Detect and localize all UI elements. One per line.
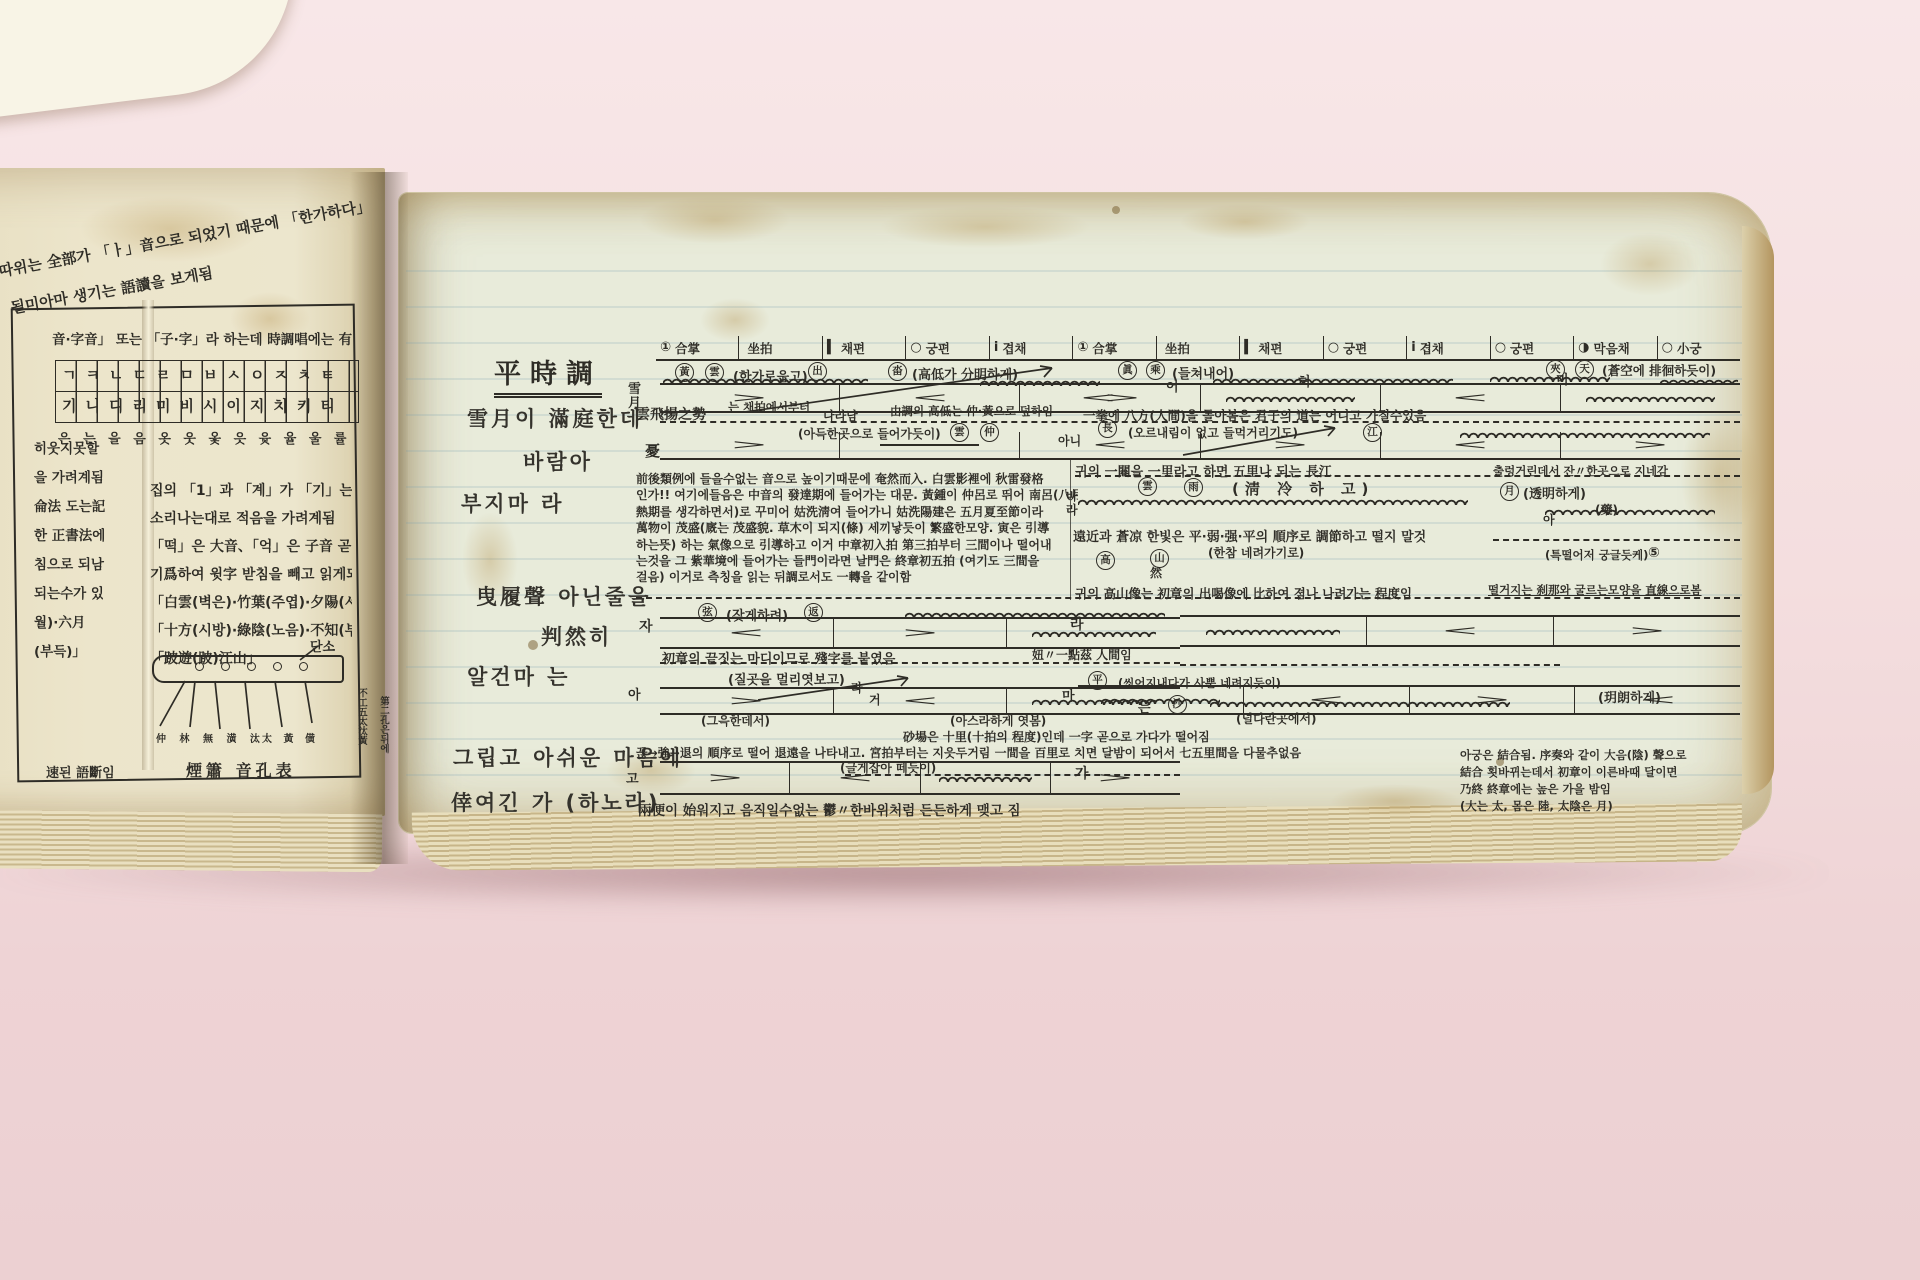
decrescendo-mark: > (730, 437, 768, 453)
chart-annotation: (아스라하게 엿봄) (950, 712, 1046, 729)
chart-annotation: (蒼空에 排徊하듯이) (1602, 361, 1716, 379)
stroke-symbol: ⅰ (1411, 340, 1415, 355)
chart-annotation: 는 채拍에서부터 (728, 399, 810, 415)
ink-speck (528, 640, 538, 650)
staff-cell: > (834, 619, 1008, 647)
lyric-syllable: 憂 (645, 440, 660, 461)
chart-annotation: 귀의 高山像는 初章의 出喝像에 比하여 졈나 나려가는 程度임 (1075, 584, 1412, 602)
chart-annotation: (널다란곳에서) (1236, 710, 1317, 727)
commentary-line: 熱期를 생각하면서)로 꾸미어 姑洗淸여 들어가니 姑洗陽建은 五月夏至節이라 (636, 504, 1078, 520)
dashed-guide-line (1180, 664, 1560, 666)
flute-hole (299, 662, 308, 671)
commentary-line: 인가!! 여기에들음은 中音의 發達期에 들어가는 대문. 黃鍾이 仲呂로 뛰어… (636, 487, 1078, 503)
left-edge-fragment: 되는수가 있 (34, 582, 140, 602)
circled-pitch-glyph: 雨 (1184, 478, 1203, 497)
flute-label: 단소 (310, 636, 335, 655)
chart-annotation: 初章의 끝짓는 마디이므로 殘字를 붙였음 (662, 648, 895, 667)
wavy-melody-line (1210, 699, 1510, 707)
chart-footnote: 아궁은 結合됨. 序奏와 같이 大음(陰) 聲으로 (1460, 747, 1687, 763)
wavy-melody-line (1032, 629, 1156, 637)
commentary-line: 걸음) 이거로 측칭을 읽는 뒤調로서도 一轉을 같이함 (636, 569, 1078, 585)
chart-annotation: 떨거지는 刹那와 굴르는모양을 直線으로봄 (1488, 582, 1702, 598)
left-text-line: 「떡」은 大音、「억」은 子音 곧 받침 (150, 536, 352, 556)
decrescendo-mark: > (705, 770, 743, 786)
chart-annotation: (한가로웁고) (733, 366, 808, 385)
decrescendo-mark: > (1631, 437, 1669, 453)
crescendo-mark: < (1451, 437, 1489, 453)
page-curl-corner (0, 0, 308, 120)
lyric-line: 雪月이 滿庭한데 (467, 403, 643, 433)
commentary-line: 는것을 그 紫華境에 들어가는 들門이라면 날門은 終章初五拍 (여기도 三間을 (636, 553, 1078, 569)
stroke-symbol: ▍ (1244, 340, 1254, 355)
age-spot (1600, 232, 1700, 296)
chart-annotation: 然 (1150, 564, 1162, 581)
age-spot (640, 196, 790, 244)
wavy-melody-line (1226, 394, 1355, 402)
lyric-syllable: 고 (626, 768, 639, 787)
header-cell: ⅰ겹채 (989, 336, 1072, 359)
chart-annotation: (한참 네려가기로) (1208, 544, 1304, 561)
left-edge-fragment: 침으로 되남 (34, 553, 140, 573)
left-bottom-note: 速된 語斷임 (46, 762, 115, 781)
dashed-guide-line (1493, 539, 1740, 541)
stroke-symbol: ① (1077, 340, 1088, 355)
staff-cell: > (660, 763, 790, 793)
header-cell: ◑막음채 (1573, 336, 1656, 359)
wavy-melody-line (1101, 696, 1220, 704)
chart-annotation: 출렁거린데서 잔〃한곳으로 지네감 (1493, 463, 1668, 479)
commentary-paragraph: 前後類例에 들을수없는 音으로 높이기때문에 奄然而入. 白雲影裡에 秋雷發格 … (636, 471, 1078, 586)
circled-number: ⑤ (1648, 545, 1660, 561)
circled-pitch-glyph: 畓 (888, 362, 907, 381)
left-text-line: 소리나는대로 적음을 가려계됨 (150, 508, 352, 528)
lyric-line: 바람아 (523, 446, 593, 476)
staff-cell: > (660, 689, 834, 713)
age-spot (880, 206, 1090, 248)
chart-annotation: (高低가 分明하게) (912, 364, 1018, 383)
hangul-consonant-table-row: ㄱㅋㄴㄷㄹㅁㅂㅅㅇㅈㅊㅌㅍㅎ (55, 360, 359, 392)
left-box-heading: 音·字音」 또는 「子·字」라 하는데 時調唱에는 有別히 웃지못할 (52, 328, 352, 348)
wavy-melody-line (1545, 507, 1715, 515)
chart-annotation: 雲飛揚之勢 (636, 404, 706, 424)
flute-hole (221, 662, 230, 671)
chart-annotation: (透明하게) (1523, 483, 1586, 502)
stroke-symbol: ○ (1662, 340, 1673, 355)
flute-pitch-names-left: 仲 林 無 潢 汰 (156, 730, 265, 745)
commentary-line: 萬物이 茂盛(廐는 茂盛貌. 草木이 되지(條) 세끼낳듯이 繁盛한모양. 寅은… (636, 520, 1078, 536)
chart-annotation: 나라남 (823, 407, 858, 424)
header-cell: ○궁편 (1490, 336, 1573, 359)
wavy-melody-line (1490, 374, 1610, 382)
chart-annotation: (들쳐내어) (1172, 363, 1234, 382)
flute-side-note: 第二孔은뒤에 (376, 696, 390, 753)
flute-hole (195, 662, 204, 671)
staff-cell (1561, 385, 1740, 411)
age-spot (1180, 204, 1310, 240)
left-page-edge-stack (0, 810, 382, 873)
chart-annotation: (藥) (1595, 501, 1618, 518)
flute-caption: 煙簫 音孔表 (186, 758, 296, 781)
left-edge-fragment: 侖法 도는記 (34, 495, 140, 515)
header-cell: ▍채편 (822, 336, 905, 359)
chart-footnote: (大는 太, 몸은 陸, 太陰은 月) (1460, 798, 1613, 814)
ink-speck (1112, 206, 1120, 214)
left-text-line: 기爲하여 윗字 받침을 빼고 읽게되 (150, 564, 352, 584)
header-cell: ⅰ겹채 (1406, 336, 1489, 359)
staff-cell: < (834, 689, 1008, 713)
lyric-line: 알건마 는 (467, 661, 570, 691)
crescendo-mark: < (1451, 390, 1489, 406)
header-cell: ○궁편 (1323, 336, 1406, 359)
hangul-syllable-table-row: 기니디리미비시이지치키티피히 (55, 391, 359, 423)
chart-annotation: (그윽한데서) (701, 712, 770, 729)
lyric-line: 倖여긴 가 (하노라) (451, 787, 661, 817)
left-edge-fragment: 히웃지못할 (34, 437, 140, 457)
staff-cell (1180, 617, 1367, 645)
header-cell: 坐拍 (738, 336, 821, 359)
chart-annotation: 妞〃一點茲 人間임 (1032, 646, 1132, 663)
decrescendo-mark: > (1096, 770, 1134, 786)
stroke-symbol: ○ (1495, 340, 1506, 355)
lyric-line: 判然히 (541, 621, 612, 651)
commentary-line: 하는뜻) 하는 氣像으로 引導하고 이거 中章初入拍 第三拍부터 三間이나 떨어… (636, 537, 1078, 553)
notation-header-row: ①合掌 坐拍 ▍채편 ○궁편 ⅰ겹채 ①合掌 坐拍 ▍채편 ○궁편 ⅰ겹채 ○궁… (656, 336, 1740, 361)
lyric-line: 부지마 라 (461, 488, 564, 518)
crescendo-mark: < (901, 693, 939, 709)
left-edge-fragment: 한 正書法에 (34, 524, 140, 544)
lyric-syllable: 자 (639, 616, 653, 636)
notation-staff-row: < > (1180, 615, 1740, 647)
page-title: 平時調 (494, 352, 602, 398)
chart-footnote: 乃終 終章에는 높은 가을 밤임 (1460, 781, 1611, 797)
flute-side-note: 不工五太汰黃 (354, 688, 368, 745)
chart-annotation: 一拳에 八方(人間)을 돌아봄은 君子의 道는 어디고 가질수있음 (1083, 406, 1426, 424)
header-cell: ▍채편 (1239, 336, 1322, 359)
header-cell: ①合掌 (1072, 336, 1155, 359)
chart-annotation: 砂場은 十里(十拍의 程度)인데 一字 곧으로 가다가 떨어짐 (903, 728, 1210, 745)
chart-annotation: (글게잡아 떼듯이) (840, 759, 936, 776)
commentary-line: 前後類例에 들을수없는 音으로 높이기때문에 奄然而入. 白雲影裡에 秋雷發格 (636, 471, 1078, 487)
circled-pitch-glyph: 乘 (1146, 361, 1165, 380)
stroke-symbol: ◑ (1578, 340, 1589, 355)
age-spot (1330, 784, 1460, 818)
staff-cell (921, 763, 1051, 793)
chart-footnote: 結合 횟바뀌는데서 初章이 이른바때 달이면 (1460, 764, 1678, 780)
header-cell: ①合掌 (656, 336, 738, 359)
circled-pitch-glyph: 眞 (1118, 361, 1137, 380)
header-cell: 坐拍 (1156, 336, 1239, 359)
left-edge-fragment: (부득)」 (34, 640, 140, 660)
stroke-symbol: ○ (1328, 340, 1339, 355)
decrescendo-mark: > (1628, 623, 1666, 639)
wavy-melody-line (1586, 394, 1715, 402)
wavy-melody-line (1206, 627, 1340, 635)
left-edge-fragment: 월)·六月 (34, 611, 140, 631)
crescendo-mark: < (1441, 623, 1479, 639)
chart-annotation: (특떨어저 궁글듯케) (1545, 547, 1648, 563)
header-cell: ○小궁 (1657, 336, 1740, 359)
flute-hole (247, 662, 256, 671)
stroke-symbol: ▍ (827, 340, 837, 355)
chart-annotation: 遠近과 蒼凉 한빛은 平·弱·强·平의 順序로 調節하고 떨지 말것 (1073, 526, 1426, 545)
chart-annotation: 由調의 高低는 仲·黃으로 덮하임 (890, 403, 1053, 419)
decrescendo-mark: > (901, 625, 939, 641)
chart-annotation: (씻어지내다가 사뿐 네려지듯이) (1118, 675, 1281, 691)
stroke-symbol: ⅰ (994, 340, 998, 355)
flute-pitch-names-right: 太 黃 僙 (262, 730, 319, 745)
stroke-symbol: ○ (910, 340, 921, 355)
wavy-melody-line (939, 774, 1032, 782)
left-text-line: 「白雲(벽은)·竹葉(주엽)·夕陽(서양)·六月(유 (150, 592, 352, 612)
chart-annotation: (玥朗하게) (1598, 687, 1661, 706)
chart-annotation: (아득한곳으로 들어가듯이) (798, 425, 941, 442)
stroke-symbol: ① (660, 340, 671, 355)
wavy-melody-line (1460, 430, 1710, 438)
lyric-line: 曳履聲 아닌줄을 (476, 581, 651, 611)
header-cell: ○궁편 (905, 336, 988, 359)
left-text-line: 집의 「1」과 「계」가 「기」는 것음 (150, 480, 352, 500)
crescendo-mark: < (727, 625, 765, 641)
decrescendo-mark: > (1103, 390, 1141, 406)
staff-cell: < (1367, 617, 1554, 645)
staff-cell: > (1051, 763, 1180, 793)
chart-annotation: 끊→強→退의 順序로 떨어 退遠을 나타내고. 宮拍부터는 지읏두거림 一間을 … (636, 744, 1301, 761)
chart-annotation: 兩便이 始워지고 음직일수없는 鬱〃한바위처럼 든든하게 맺고 짐 (638, 799, 1021, 819)
circled-pitch-glyph: 高 (1096, 551, 1115, 570)
staff-cell: > (1554, 617, 1740, 645)
chart-annotation: (질곳을 멀리엿보고) (728, 669, 845, 688)
decrescendo-mark: > (727, 693, 765, 709)
book-photo: 따위는 全部가 「ㅏ」音으로 되었기 때문에 「한가하다」도 붙이면 웃음 될미… (0, 0, 1920, 1280)
chart-annotation: (잦게하려) (726, 605, 788, 624)
flute-hole (273, 662, 282, 671)
staff-cell (1007, 619, 1180, 647)
circled-pitch-glyph: 月 (1500, 482, 1519, 501)
crescendo-mark: < (1091, 437, 1129, 453)
chart-annotation: (오르내림이 없고 들먹거리기도) (1128, 424, 1298, 441)
left-edge-fragment: 을 가려계됨 (34, 466, 140, 486)
lyric-syllable: 아 (628, 684, 641, 703)
chart-annotation: (淸 冷 하 고) (1232, 478, 1374, 499)
sustain-line (880, 444, 979, 446)
